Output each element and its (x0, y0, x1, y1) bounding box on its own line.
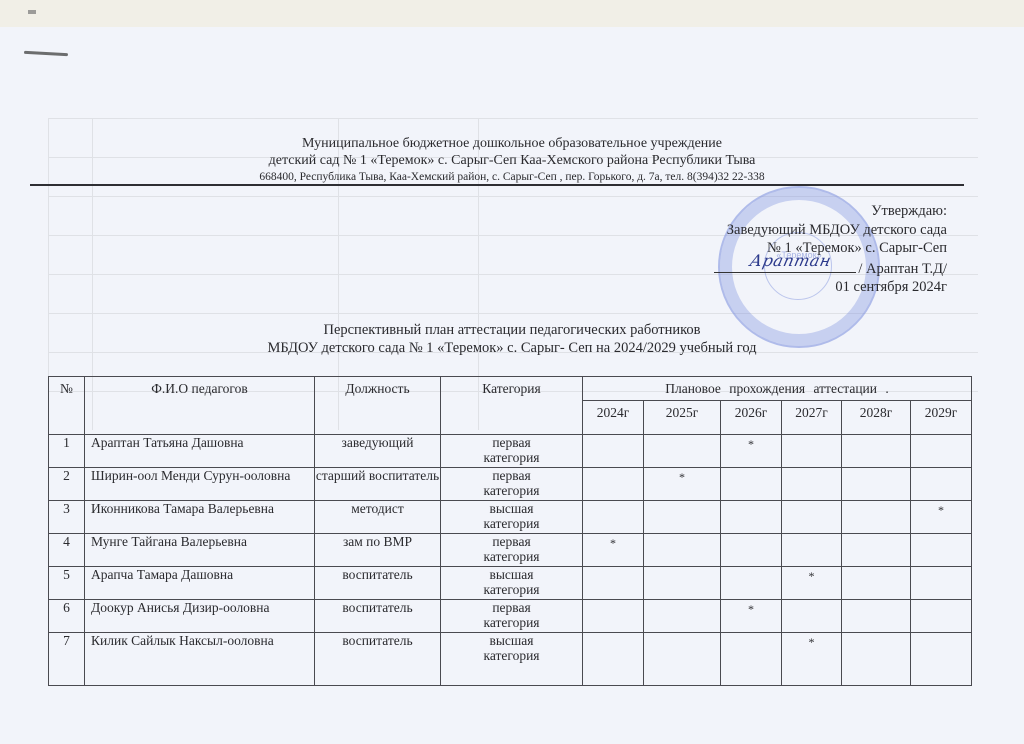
attestation-mark-cell (583, 633, 644, 686)
category-text: категория (441, 483, 582, 498)
teacher-category: высшаякатегория (441, 501, 583, 534)
attestation-mark-cell (721, 468, 782, 501)
attestation-mark-cell (782, 600, 842, 633)
table-row: 1Араптан Татьяна Дашовназаведующийпервая… (49, 435, 972, 468)
header-category: Категория (441, 377, 583, 435)
attestation-mark-cell: * (644, 468, 721, 501)
table-row: 7Килик Сайлык Наксыл-ооловнавоспитательв… (49, 633, 972, 686)
attestation-mark-cell (782, 468, 842, 501)
attestation-mark-cell (583, 501, 644, 534)
attestation-mark-cell: * (721, 435, 782, 468)
header-position: Должность (315, 377, 441, 435)
attestation-mark-cell (842, 501, 911, 534)
category-text: первая (441, 600, 582, 615)
category-text: первая (441, 435, 582, 450)
attestation-table: № Ф.И.О педагогов Должность Категория Пл… (48, 376, 972, 686)
attestation-mark-cell (644, 633, 721, 686)
attestation-mark-cell (842, 468, 911, 501)
attestation-mark-cell (911, 600, 972, 633)
attestation-mark-cell (911, 567, 972, 600)
category-text: высшая (441, 567, 582, 582)
header-name: Ф.И.О педагогов (85, 377, 315, 435)
signer-name: / Араптан Т.Д/ (858, 261, 947, 277)
attestation-mark-cell (911, 534, 972, 567)
table-row: 2Ширин-оол Менди Сурун-ооловнастарший во… (49, 468, 972, 501)
attestation-mark-cell (644, 600, 721, 633)
attestation-mark-cell (583, 567, 644, 600)
teacher-position: воспитатель (315, 600, 441, 633)
plan-title: Перспективный план аттестации педагогиче… (0, 321, 1024, 357)
attestation-mark-cell (782, 435, 842, 468)
attestation-mark-cell (842, 534, 911, 567)
table-body: 1Араптан Татьяна Дашовназаведующийпервая… (49, 435, 972, 686)
teacher-category: перваякатегория (441, 534, 583, 567)
teacher-category: перваякатегория (441, 600, 583, 633)
teacher-name: Арапча Тамара Дашовна (85, 567, 315, 600)
row-number: 6 (49, 600, 85, 633)
attestation-mark-cell (721, 567, 782, 600)
organization-header: Муниципальное бюджетное дошкольное образ… (0, 135, 1024, 185)
category-text: категория (441, 516, 582, 531)
teacher-position: заведующий (315, 435, 441, 468)
teacher-position: старший воспитатель (315, 468, 441, 501)
attestation-mark-cell (644, 567, 721, 600)
attestation-mark-cell: * (782, 633, 842, 686)
attestation-mark-cell (721, 633, 782, 686)
org-address: 668400, Республика Тыва, Каа-Хемский рай… (0, 169, 1024, 185)
header-plan: Плановое прохождения аттестации . (583, 377, 972, 401)
approval-label: Утверждаю: (714, 202, 947, 221)
handwritten-signature: Араптан (748, 252, 833, 271)
attestation-mark-cell (842, 600, 911, 633)
attestation-mark-cell: * (583, 534, 644, 567)
attestation-mark-cell (721, 534, 782, 567)
approval-date: 01 сентября 2024г (714, 278, 947, 297)
table-row: 6Доокур Анисья Дизир-ооловнавоспитательп… (49, 600, 972, 633)
attestation-mark-cell (911, 435, 972, 468)
row-number: 1 (49, 435, 85, 468)
category-text: категория (441, 549, 582, 564)
attestation-mark-cell (583, 435, 644, 468)
approval-block: Утверждаю: Заведующий МБДОУ детского сад… (714, 202, 947, 297)
row-number: 4 (49, 534, 85, 567)
header-year: 2026г (721, 401, 782, 435)
teacher-name: Килик Сайлык Наксыл-ооловна (85, 633, 315, 686)
row-number: 5 (49, 567, 85, 600)
attestation-mark-cell (583, 468, 644, 501)
attestation-mark-cell (842, 633, 911, 686)
category-text: высшая (441, 501, 582, 516)
teacher-name: Ширин-оол Менди Сурун-ооловна (85, 468, 315, 501)
org-name-line2: детский сад № 1 «Теремок» с. Сарыг-Сеп К… (0, 152, 1024, 169)
attestation-mark-cell (644, 501, 721, 534)
header-divider (30, 184, 964, 186)
attestation-mark-cell (583, 600, 644, 633)
attestation-mark-cell (842, 567, 911, 600)
attestation-mark-cell (782, 534, 842, 567)
attestation-mark-cell (721, 501, 782, 534)
teacher-name: Доокур Анисья Дизир-ооловна (85, 600, 315, 633)
teacher-category: высшаякатегория (441, 633, 583, 686)
scan-speck (28, 10, 36, 14)
table-row: 3Иконникова Тамара Валерьевнаметодиствыс… (49, 501, 972, 534)
attestation-mark-cell (782, 501, 842, 534)
header-num: № (49, 377, 85, 435)
teacher-category: высшаякатегория (441, 567, 583, 600)
teacher-position: воспитатель (315, 567, 441, 600)
teacher-name: Мунге Тайгана Валерьевна (85, 534, 315, 567)
scanner-top-strip (0, 0, 1024, 28)
teacher-category: перваякатегория (441, 468, 583, 501)
header-year: 2029г (911, 401, 972, 435)
table-row: 5Арапча Тамара Дашовнавоспитательвысшаяк… (49, 567, 972, 600)
category-text: первая (441, 468, 582, 483)
signature-line: Араптан / Араптан Т.Д/ (714, 258, 947, 279)
teacher-name: Араптан Татьяна Дашовна (85, 435, 315, 468)
attestation-mark-cell: * (782, 567, 842, 600)
plan-title-line1: Перспективный план аттестации педагогиче… (0, 321, 1024, 339)
attestation-mark-cell: * (721, 600, 782, 633)
teacher-position: зам по ВМР (315, 534, 441, 567)
attestation-mark-cell (911, 468, 972, 501)
category-text: категория (441, 450, 582, 465)
category-text: категория (441, 582, 582, 597)
attestation-mark-cell (644, 435, 721, 468)
attestation-mark-cell (842, 435, 911, 468)
attestation-mark-cell: * (911, 501, 972, 534)
row-number: 7 (49, 633, 85, 686)
org-name-line1: Муниципальное бюджетное дошкольное образ… (0, 135, 1024, 152)
header-year: 2024г (583, 401, 644, 435)
table-row: 4Мунге Тайгана Валерьевназам по ВМРперва… (49, 534, 972, 567)
teacher-category: перваякатегория (441, 435, 583, 468)
category-text: первая (441, 534, 582, 549)
teacher-name: Иконникова Тамара Валерьевна (85, 501, 315, 534)
header-year: 2027г (782, 401, 842, 435)
row-number: 2 (49, 468, 85, 501)
teacher-position: методист (315, 501, 441, 534)
category-text: категория (441, 648, 582, 663)
approval-position-line1: Заведующий МБДОУ детского сада (714, 221, 947, 240)
row-number: 3 (49, 501, 85, 534)
category-text: высшая (441, 633, 582, 648)
header-year: 2025г (644, 401, 721, 435)
header-year: 2028г (842, 401, 911, 435)
attestation-mark-cell (911, 633, 972, 686)
signature-underline: Араптан (714, 258, 856, 273)
category-text: категория (441, 615, 582, 630)
plan-title-line2: МБДОУ детского сада № 1 «Теремок» с. Сар… (0, 339, 1024, 357)
attestation-mark-cell (644, 534, 721, 567)
teacher-position: воспитатель (315, 633, 441, 686)
